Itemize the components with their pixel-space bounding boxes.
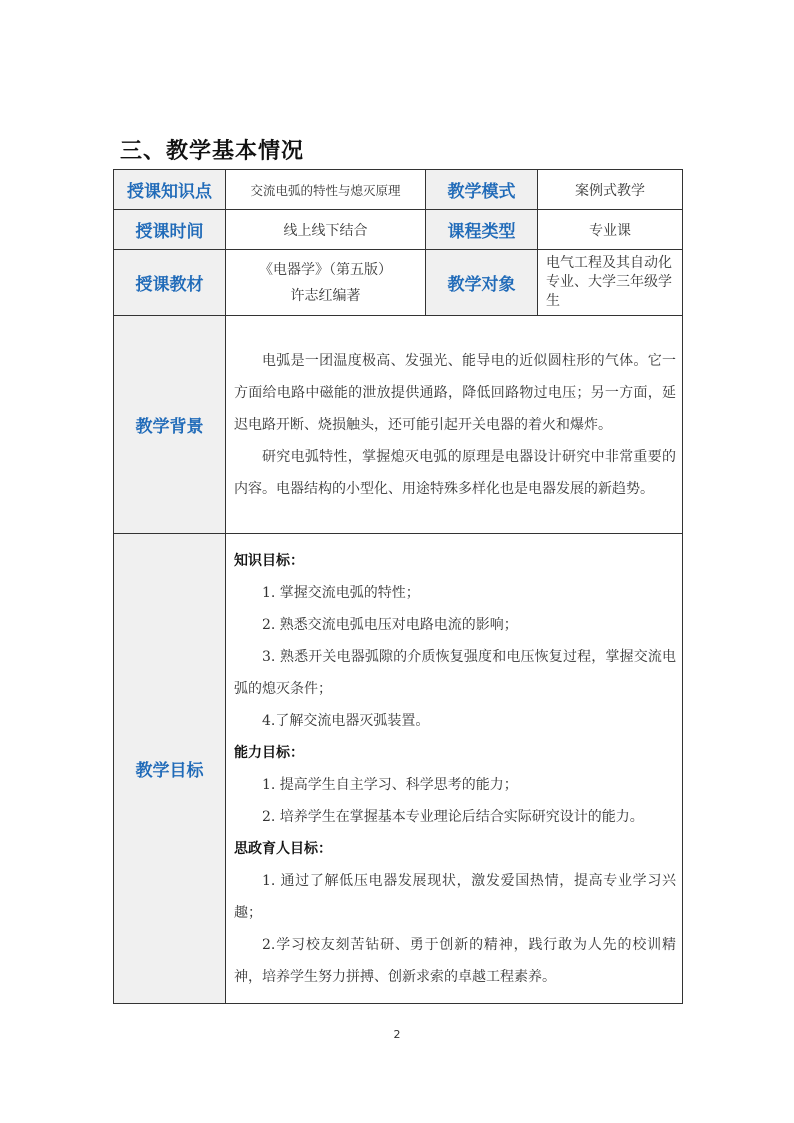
ideology-objectives-title: 思政育人目标：	[226, 833, 682, 865]
label-background: 教学背景	[114, 316, 226, 534]
table-row: 授课教材 《电器学》（第五版） 许志红编著 教学对象 电气工程及其自动化专业、大…	[114, 250, 683, 316]
objective-item: 1. 掌握交流电弧的特性；	[226, 577, 682, 609]
label-audience: 教学对象	[426, 250, 538, 316]
page-number: 2	[0, 1028, 794, 1041]
knowledge-objectives-title: 知识目标：	[226, 545, 682, 577]
label-objectives: 教学目标	[114, 534, 226, 1004]
table-row: 教学目标 知识目标： 1. 掌握交流电弧的特性； 2. 熟悉交流电弧电压对电路电…	[114, 534, 683, 1004]
teaching-info-table: 授课知识点 交流电弧的特性与熄灭原理 教学模式 案例式教学 授课时间 线上线下结…	[113, 169, 683, 1004]
label-textbook: 授课教材	[114, 250, 226, 316]
value-teaching-time: 线上线下结合	[226, 210, 426, 250]
objective-item: 1. 通过了解低压电器发展现状，激发爱国热情，提高专业学习兴趣；	[226, 865, 682, 929]
objectives-content: 知识目标： 1. 掌握交流电弧的特性； 2. 熟悉交流电弧电压对电路电流的影响；…	[226, 534, 683, 1004]
objective-item: 4.了解交流电器灭弧装置。	[226, 705, 682, 737]
label-teaching-mode: 教学模式	[426, 170, 538, 210]
section-title: 三、教学基本情况	[120, 134, 304, 165]
value-knowledge-point: 交流电弧的特性与熄灭原理	[226, 170, 426, 210]
textbook-author: 许志红编著	[226, 283, 425, 309]
label-teaching-time: 授课时间	[114, 210, 226, 250]
value-teaching-mode: 案例式教学	[538, 170, 683, 210]
table-row: 授课时间 线上线下结合 课程类型 专业课	[114, 210, 683, 250]
textbook-title: 《电器学》（第五版）	[226, 257, 425, 283]
background-paragraph: 研究电弧特性，掌握熄灭电弧的原理是电器设计研究中非常重要的内容。电器结构的小型化…	[226, 441, 682, 505]
table-row: 教学背景 电弧是一团温度极高、发强光、能导电的近似圆柱形的气体。它一方面给电路中…	[114, 316, 683, 534]
table-row: 授课知识点 交流电弧的特性与熄灭原理 教学模式 案例式教学	[114, 170, 683, 210]
objective-item: 3. 熟悉开关电器弧隙的介质恢复强度和电压恢复过程，掌握交流电弧的熄灭条件；	[226, 641, 682, 705]
objective-item: 1. 提高学生自主学习、科学思考的能力；	[226, 769, 682, 801]
value-textbook: 《电器学》（第五版） 许志红编著	[226, 250, 426, 316]
objective-item: 2. 熟悉交流电弧电压对电路电流的影响；	[226, 609, 682, 641]
label-course-type: 课程类型	[426, 210, 538, 250]
value-audience: 电气工程及其自动化专业、大学三年级学生	[538, 250, 683, 316]
objective-item: 2. 培养学生在掌握基本专业理论后结合实际研究设计的能力。	[226, 801, 682, 833]
background-paragraph: 电弧是一团温度极高、发强光、能导电的近似圆柱形的气体。它一方面给电路中磁能的泄放…	[226, 345, 682, 441]
background-content: 电弧是一团温度极高、发强光、能导电的近似圆柱形的气体。它一方面给电路中磁能的泄放…	[226, 316, 683, 534]
label-knowledge-point: 授课知识点	[114, 170, 226, 210]
ability-objectives-title: 能力目标：	[226, 737, 682, 769]
value-course-type: 专业课	[538, 210, 683, 250]
objective-item: 2.学习校友刻苦钻研、勇于创新的精神，践行敢为人先的校训精神，培养学生努力拼搏、…	[226, 929, 682, 993]
